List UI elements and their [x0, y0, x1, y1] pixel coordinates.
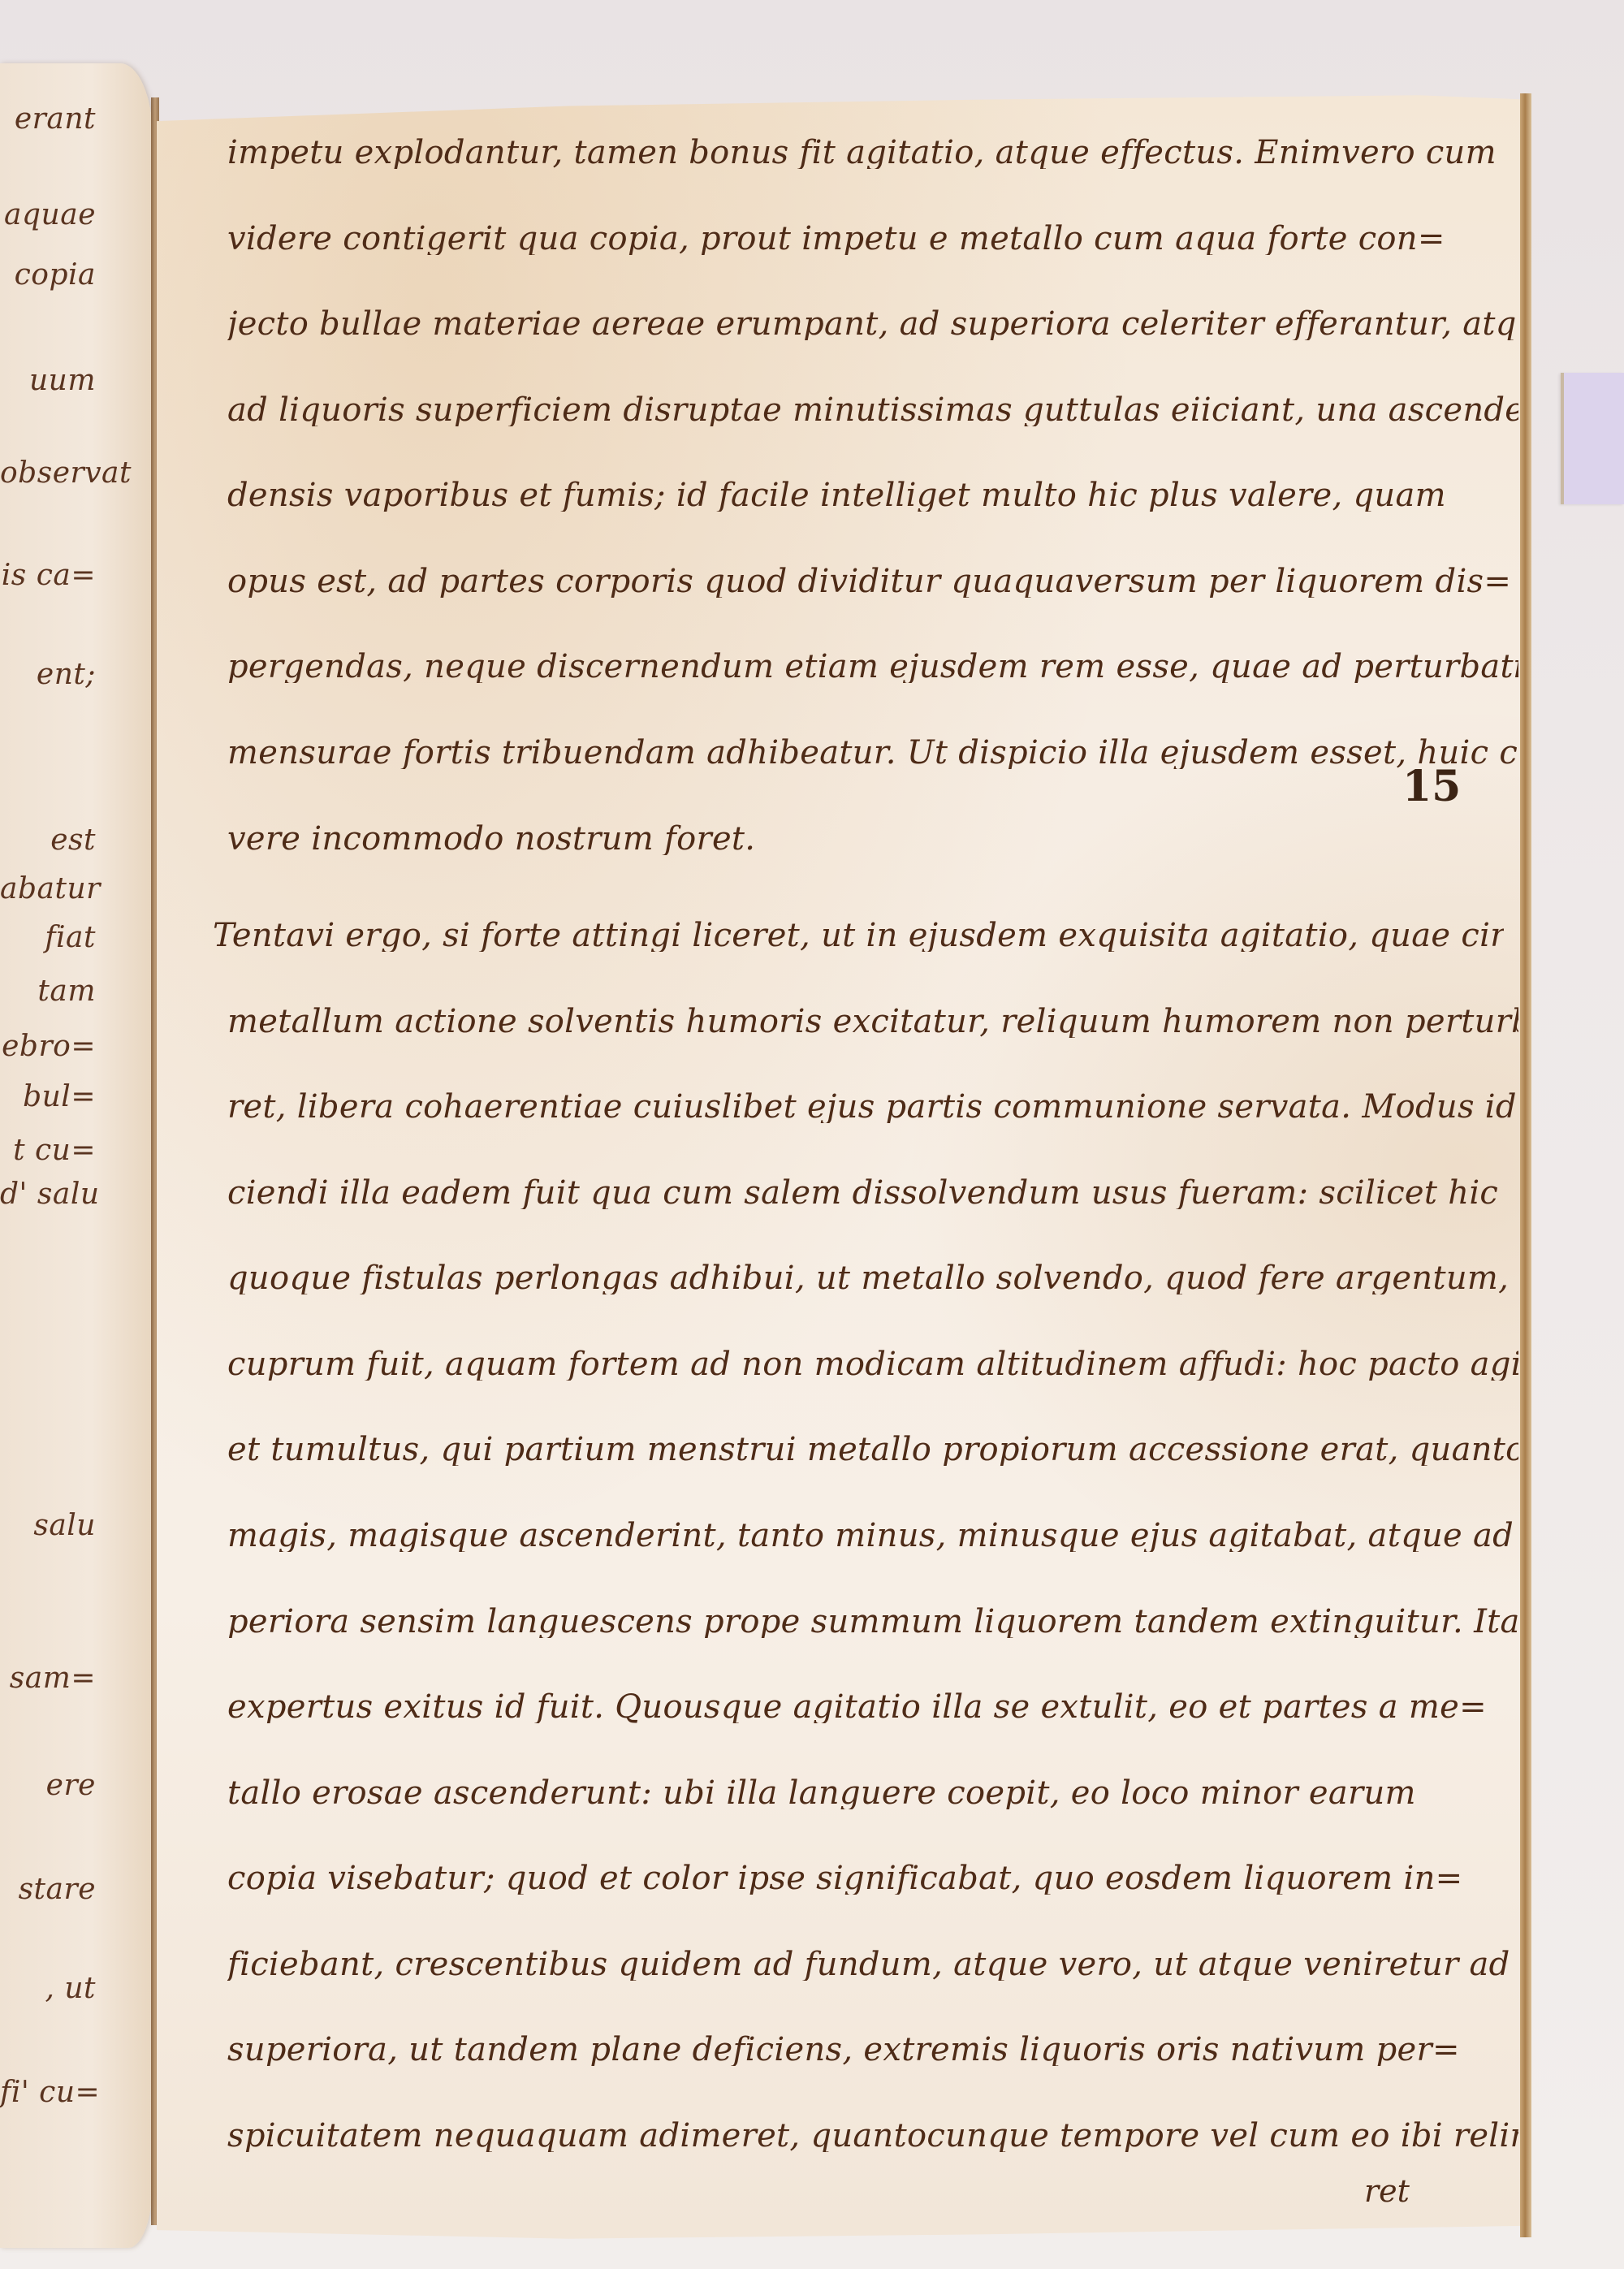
left-fragment: fiat — [0, 921, 153, 954]
left-fragment: salu — [0, 1509, 153, 1542]
manuscript-line: jecto bullae materiae aereae erumpant, a… — [227, 308, 1518, 340]
manuscript-line: impetu explodantur, tamen bonus fit agit… — [227, 136, 1518, 169]
manuscript-line: videre contigerit qua copia, prout impet… — [227, 223, 1518, 255]
left-page: erant aquae copia uum observat is ca= en… — [0, 63, 153, 2248]
manuscript-line: pergendas, neque discernendum etiam ejus… — [227, 650, 1518, 683]
manuscript-line: mensurae fortis tribuendam adhibeatur. U… — [227, 737, 1518, 769]
manuscript-line: vere incommodo nostrum foret. — [227, 823, 1518, 855]
left-fragment: stare — [0, 1873, 153, 1906]
left-fragment: est — [0, 823, 153, 857]
manuscript-line: ad liquoris superficiem disruptae minuti… — [227, 394, 1518, 426]
manuscript-line: quoque fistulas perlongas adhibui, ut me… — [227, 1262, 1518, 1294]
left-fragment: t cu= — [0, 1134, 153, 1167]
catchword: ret — [1364, 2173, 1410, 2209]
left-fragment: aquae — [0, 198, 153, 231]
manuscript-line: metallum actione solventis humoris excit… — [227, 1005, 1518, 1038]
manuscript-line: magis, magisque ascenderint, tanto minus… — [227, 1519, 1518, 1552]
page-edge — [1520, 93, 1531, 2237]
manuscript-line: ret, libera cohaerentiae cuiuslibet ejus… — [227, 1091, 1518, 1123]
left-fragment: ent; — [0, 658, 153, 691]
left-fragment: bul= — [0, 1080, 153, 1113]
manuscript-line: tallo erosae ascenderunt: ubi illa langu… — [227, 1777, 1518, 1809]
left-fragment: ere — [0, 1769, 153, 1802]
manuscript-line: spicuitatem nequaquam adimeret, quantocu… — [227, 2120, 1518, 2152]
sticky-tab-marker — [1561, 373, 1624, 504]
manuscript-line: opus est, ad partes corporis quod dividi… — [227, 565, 1518, 598]
left-fragment: , ut — [0, 1972, 153, 2005]
left-fragment: sam= — [0, 1662, 153, 1695]
left-fragment: uum — [0, 364, 153, 397]
left-fragment: observat — [0, 456, 153, 490]
left-fragment: erant — [0, 102, 153, 136]
manuscript-line: copia visebatur; quod et color ipse sign… — [227, 1862, 1518, 1895]
left-fragment: is ca= — [0, 559, 153, 592]
manuscript-line: Tentavi ergo, si forte attingi liceret, … — [213, 919, 1504, 952]
left-fragment: fi' cu= — [0, 2076, 153, 2109]
manuscript-line: cuprum fuit, aquam fortem ad non modicam… — [227, 1348, 1518, 1381]
left-fragment: d' salu — [0, 1178, 153, 1211]
manuscript-line: periora sensim languescens prope summum … — [227, 1606, 1518, 1638]
page-number: 15 — [1402, 762, 1461, 811]
manuscript-line: superiora, ut tandem plane deficiens, ex… — [227, 2033, 1518, 2066]
manuscript-line: et tumultus, qui partium menstrui metall… — [227, 1433, 1518, 1466]
manuscript-line: ficiebant, crescentibus quidem ad fundum… — [227, 1948, 1518, 1981]
manuscript-line: expertus exitus id fuit. Quousque agitat… — [227, 1691, 1518, 1723]
left-fragment: tam — [0, 975, 153, 1008]
manuscript-line: ciendi illa eadem fuit qua cum salem dis… — [227, 1177, 1518, 1209]
left-fragment: ebro= — [0, 1030, 153, 1063]
left-fragment: copia — [0, 258, 153, 292]
manuscript-line: densis vaporibus et fumis; id facile int… — [227, 479, 1518, 512]
left-fragment: abatur — [0, 872, 153, 905]
